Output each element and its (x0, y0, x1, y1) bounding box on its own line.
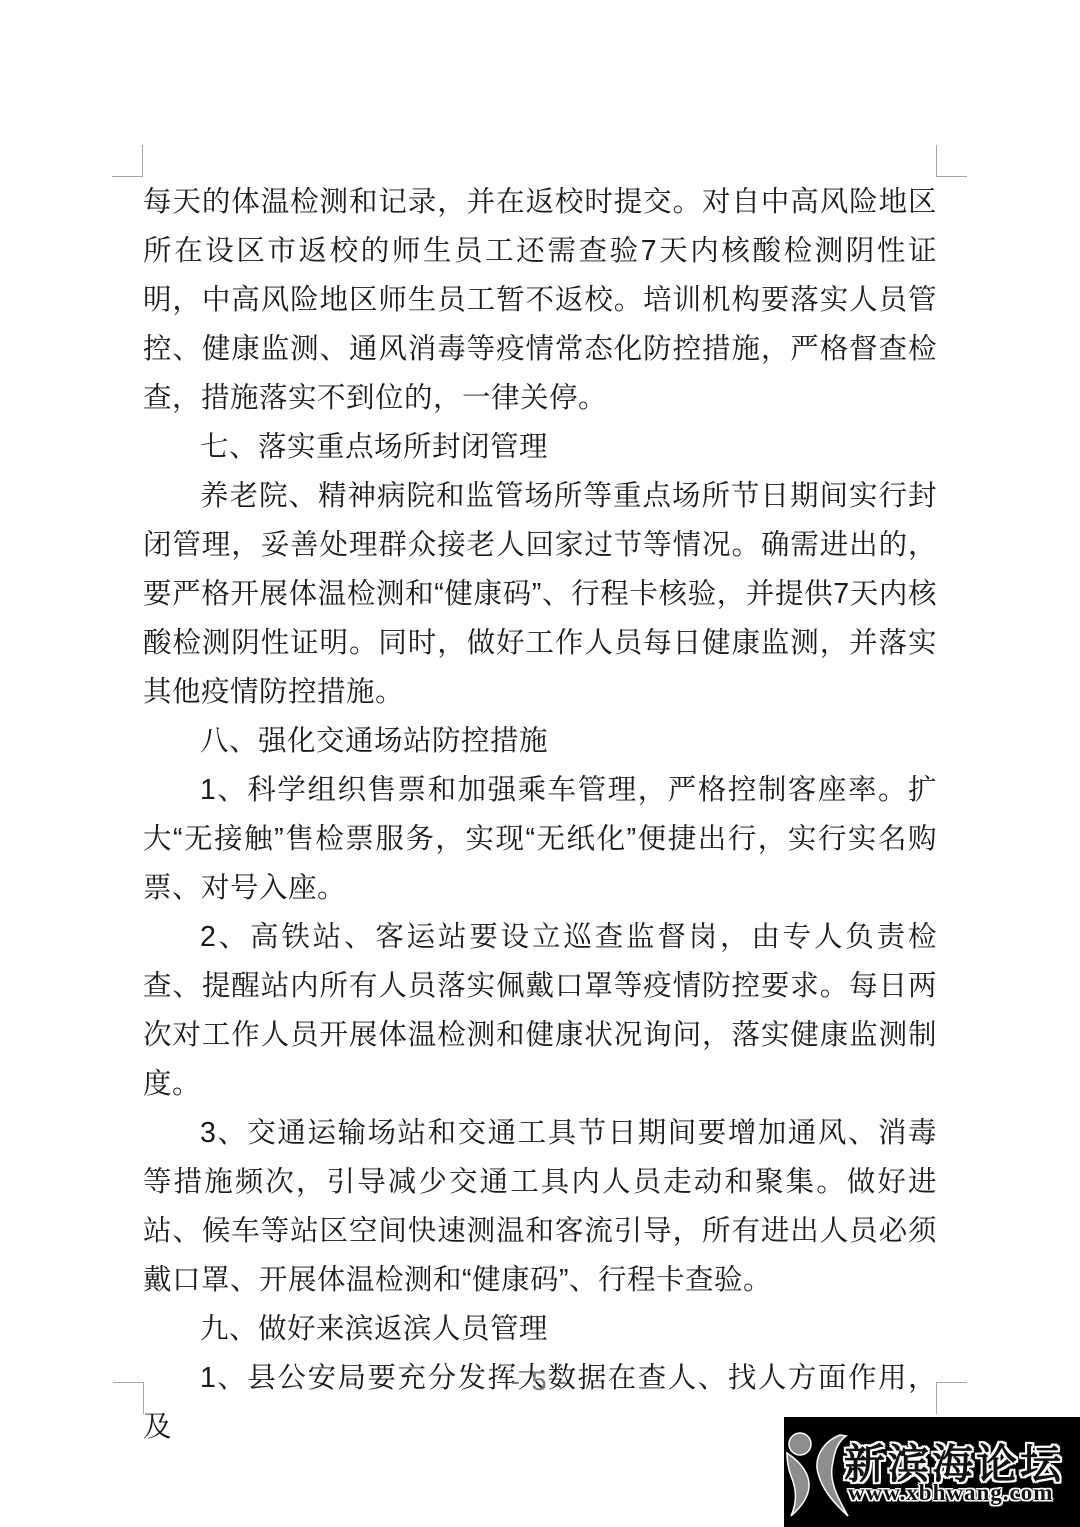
crop-mark-top-left (112, 145, 143, 177)
crop-mark-bottom-right (936, 1382, 967, 1414)
paragraph: 养老院、精神病院和监管场所等重点场所节日期间实行封闭管理，妥善处理群众接老人回家… (143, 472, 937, 717)
paragraph: 1、科学组织售票和加强乘车管理，严格控制客座率。扩大“无接触”售检票服务，实现“… (143, 766, 937, 913)
watermark: 新滨海论坛 www.xbhwang.com (784, 1417, 1080, 1527)
document-body: 每天的体温检测和记录，并在返校时提交。对自中高风险地区所在设区市返校的师生员工还… (143, 178, 937, 1452)
paragraph-continuation: 每天的体温检测和记录，并在返校时提交。对自中高风险地区所在设区市返校的师生员工还… (143, 178, 937, 423)
watermark-site-url: www.xbhwang.com (848, 1480, 1078, 1506)
paragraph: 2、高铁站、客运站要设立巡查监督岗，由专人负责检查、提醒站内所有人员落实佩戴口罩… (143, 913, 937, 1109)
heading-section-8: 八、强化交通场站防控措施 (143, 717, 937, 766)
crop-mark-top-right (936, 145, 967, 177)
heading-section-7: 七、落实重点场所封闭管理 (143, 423, 937, 472)
paragraph: 3、交通运输场站和交通工具节日期间要增加通风、消毒等措施频次，引导减少交通工具内… (143, 1109, 937, 1305)
heading-section-9: 九、做好来滨返滨人员管理 (143, 1305, 937, 1354)
person-figure-icon (784, 1423, 850, 1523)
crop-mark-bottom-left (113, 1382, 144, 1414)
document-page: 每天的体温检测和记录，并在返校时提交。对自中高风险地区所在设区市返校的师生员工还… (0, 0, 1080, 1527)
page-number: - 5 - (143, 1366, 937, 1397)
